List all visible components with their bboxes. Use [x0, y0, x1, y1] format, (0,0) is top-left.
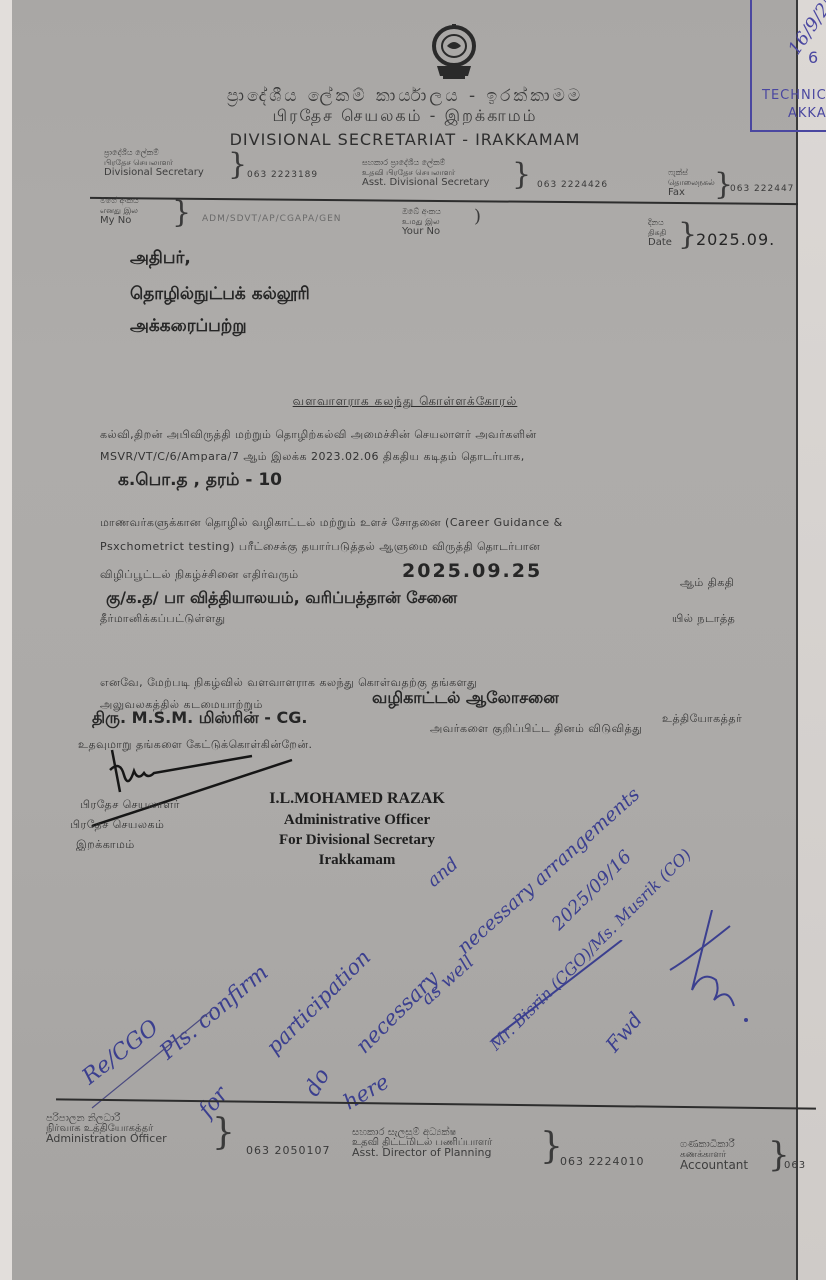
- signatory-role: Administrative Officer: [252, 812, 462, 829]
- body-para2-line4-suffix: யில் நடாத்த: [672, 612, 735, 627]
- pen-strike-lines-icon: [82, 940, 702, 1110]
- contact-asst-director-planning: සහකාර සැලසුම් අධ්‍යක්ෂ உதவி திட்டமிடல் ப…: [352, 1128, 492, 1158]
- signature-tamil-line-1: பிரதேச செயலாளர்: [80, 798, 180, 813]
- brace: }: [512, 160, 531, 190]
- body-para2-line3-suffix: ஆம் திகதி: [680, 576, 734, 591]
- phone-divisional-secretary: 063 2223189: [247, 170, 318, 180]
- stamp-number: 6: [808, 48, 818, 67]
- body-para2-line3: விழிப்பூட்டல் நிகழ்ச்சினை எதிர்வரும்: [100, 568, 299, 583]
- signature-tamil-line-2: பிரதேச செயலகம்: [70, 818, 164, 833]
- brace: }: [212, 1118, 235, 1148]
- handwritten-officer-name: திரு. M.S.M. மிஸ்ரின் - CG.: [92, 708, 307, 729]
- contact-accountant: ගණකාධිකාරී கணக்காளர் Accountant: [680, 1140, 748, 1170]
- addressee-line-1: அதிபர்,: [130, 248, 191, 270]
- your-no-label: ඔබේ අංකය உமது இல Your No: [402, 207, 441, 237]
- brace: }: [228, 150, 247, 180]
- addressee-line-2: தொழில்நுட்பக் கல்லூரி: [130, 284, 310, 306]
- phone-fax: 063 222447: [730, 184, 794, 194]
- signatory-role-for: For Divisional Secretary: [252, 832, 462, 849]
- handwritten-event-date: 2025.09.25: [402, 560, 542, 582]
- body-para1-line2: MSVR/VT/C/6/Ampara/7 ஆம் இலக்க 2023.02.0…: [100, 450, 525, 465]
- letterhead-title-english: DIVISIONAL SECRETARIAT - IRAKKAMAM: [12, 130, 798, 149]
- letterhead-title-sinhala: ප්‍රාදේශීය ලේකම් කාර්යාලය - ඉරක්කාමම: [12, 86, 798, 106]
- my-no-label: මගේ අංකය எனது இல My No: [100, 196, 139, 226]
- background-edge-right: [796, 0, 826, 1280]
- handwritten-grade: க.பொ.த , தரம் - 10: [118, 470, 282, 492]
- phone-admin-officer: 063 2050107: [246, 1144, 330, 1157]
- contact-asst-divisional-secretary: සහකාර ප්‍රාදේශීය ලේකම් உதவி பிரதேச செயலா…: [362, 158, 489, 188]
- body-para1-line1: கல்வி,திறன் அபிவிருத்தி மற்றும் தொழிற்கல…: [100, 428, 537, 443]
- stamp-line-2: AKKA: [788, 106, 826, 121]
- date-label: දිනය திகதி Date: [648, 218, 672, 248]
- contact-divisional-secretary: ප්‍රාදේශීය ලේකම් பிரதேச செயலாளர் Divisio…: [104, 148, 204, 178]
- brace: ): [474, 202, 481, 232]
- my-no-value: ADM/SDVT/AP/CGAPA/GEN: [202, 214, 342, 224]
- phone-accountant: 063: [784, 1160, 806, 1171]
- body-para3-line2-suffix: உத்தியோகத்தர்: [662, 712, 742, 727]
- addressee-line-3: அக்கரைப்பற்று: [130, 316, 247, 338]
- brace: }: [678, 220, 697, 250]
- body-para3-line3-suffix: அவர்களை குறிப்பிட்ட தினம் விடுவித்து: [430, 722, 642, 737]
- stamp-handwritten-date: 16/9/25: [784, 0, 826, 59]
- stamp-line-1: TECHNIC: [762, 88, 826, 103]
- body-para2-line2: Psxchometrict testing) பரீட்சைக்கு தயார்…: [100, 540, 540, 555]
- letterhead-title-tamil: பிரதேச செயலகம் - இறக்காமம்: [12, 106, 798, 127]
- phone-asst-director-planning: 063 2224010: [560, 1155, 644, 1168]
- background-edge-left: [0, 0, 12, 1280]
- contact-fax: ෆැක්ස් தொலைநகல் Fax: [668, 168, 715, 198]
- signature-tamil-line-3: இறக்காமம்: [76, 838, 135, 853]
- handwritten-school: கு/க.த/ பா வித்தியாலயம், வரிப்பத்தான் சே…: [106, 588, 457, 609]
- phone-asst-divisional-secretary: 063 2224426: [537, 180, 608, 190]
- contact-admin-officer: පරිපාලන නිලධාරී நிர்வாக உத்தியோகத்தர் Ad…: [46, 1114, 167, 1144]
- subject-heading: வளவாளராக கலந்து கொள்ளக்கோரல்: [12, 394, 798, 410]
- signatory-name: I.L.MOHAMED RAZAK: [252, 790, 462, 808]
- body-para2-line5: தீர்மானிக்கப்பட்டுள்ளது: [100, 612, 226, 627]
- letter-page: ප්‍රාදේශීය ලේකම් කාර්යාලය - ඉරක්කාමම பிர…: [12, 0, 798, 1280]
- emblem-icon: [429, 24, 479, 80]
- handwritten-role: வழிகாட்டல் ஆலோசனை: [372, 688, 559, 709]
- body-para2-line1: மாணவர்களுக்கான தொழில் வழிகாட்டல் மற்றும்…: [100, 516, 563, 531]
- date-value: 2025.09.: [696, 230, 775, 249]
- brace: }: [172, 198, 191, 228]
- signatory-place: Irakkamam: [252, 852, 462, 869]
- header-divider: [90, 197, 798, 205]
- received-stamp: 16/9/25 6 TECHNIC AKKA: [750, 0, 826, 132]
